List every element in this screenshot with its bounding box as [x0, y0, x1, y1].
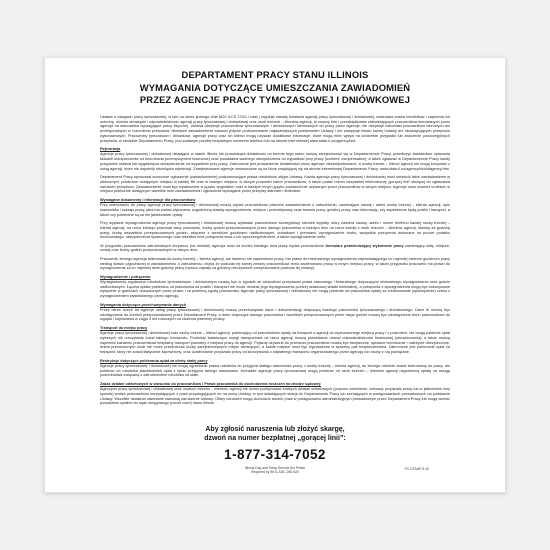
- poster-body: Ustawa o usługach pracy tymczasowej, w t…: [100, 115, 450, 406]
- poster-footer: Illinois Day and Temp Service Act Polish…: [45, 466, 505, 474]
- hotline-text-line-1: Aby zgłosić naruszenia lub złożyć skargę…: [45, 426, 505, 435]
- section-paragraph: Przy skierowaniu do pracy agencje pracy …: [100, 203, 450, 217]
- section-paragraph: Przy wypłacie wynagrodzenia agencje prac…: [100, 221, 450, 240]
- section-paragraph: Przez okres trzech lat agencje usług pra…: [100, 308, 450, 322]
- title-line-3: PRZEZ AGENCJE PRACY TYMCZASOWEJ I DNIÓWK…: [100, 94, 450, 107]
- title-line-1: DEPARTAMENT PRACY STANU ILLINOIS: [100, 69, 450, 82]
- section-heading: Restrykcje dotyczące pobierania opłat za…: [100, 359, 450, 364]
- section-heading: Transport do miejsc pracy: [100, 326, 450, 331]
- section-heading: Wynagrodzenie i potrącenia: [100, 275, 450, 280]
- footer-regulation: Required by 56 IL ADC 260.620: [45, 470, 505, 474]
- section-transportation: Transport do miejsc pracy Agencje pracy …: [100, 326, 450, 355]
- poster-title: DEPARTAMENT PRACY STANU ILLINOIS WYMAGAN…: [100, 69, 450, 107]
- section-required-documents: Wymagane dokumenty i informacje dla prac…: [100, 198, 450, 271]
- section-paragraph: Agencjom pracy tymczasowej i dniówkowej …: [100, 387, 450, 406]
- section-heading: Wymagane dokumenty i informacje dla prac…: [100, 198, 450, 203]
- section-heading: Rejestracja: [100, 147, 450, 152]
- section-paragraph: Agencje pracy tymczasowej i dniówkowej d…: [100, 152, 450, 171]
- poster-page: DEPARTAMENT PRACY STANU ILLINOIS WYMAGAN…: [44, 57, 506, 493]
- section-record-keeping: Wymagania dotyczące przechowywania danyc…: [100, 303, 450, 323]
- section-registration: Rejestracja Agencje pracy tymczasowej i …: [100, 147, 450, 171]
- section-paragraph: Agencje pracy tymczasowej i dniówkowej o…: [100, 331, 450, 355]
- section-heading: Wymagania dotyczące przechowywania danyc…: [100, 303, 450, 308]
- section-fee-restrictions: Restrykcje dotyczące pobierania opłat za…: [100, 359, 450, 379]
- intro-paragraph: Ustawa o usługach pracy tymczasowej, w t…: [100, 115, 450, 144]
- form-note-bold: formularz potwierdzający wykonanie pracy: [325, 244, 403, 248]
- section-heading: Zakaz działań odwetowych w stosunku do p…: [100, 382, 450, 387]
- section-posting-notice: Departament Pracy opracował wzorcowe ogł…: [100, 175, 450, 194]
- section-paragraph: Departament Pracy opracował wzorcowe ogł…: [100, 175, 450, 194]
- hotline-text-line-2: dzwoń na numer bezpłatnej „gorącej linii…: [45, 435, 505, 444]
- section-retaliation-prohibition: Zakaz działań odwetowych w stosunku do p…: [100, 382, 450, 406]
- hotline-phone-number: 1-877-314-7052: [45, 447, 505, 462]
- hotline-block: Aby zgłosić naruszenia lub złożyć skargę…: [45, 426, 505, 475]
- form-code: FIL DTAAP 5-10: [405, 467, 429, 471]
- work-verification-paragraph: W przypadku pracowników zatrudnianych do…: [100, 244, 450, 254]
- section-wages-deductions: Wynagrodzenie i potrącenia Wynagrodzenia…: [100, 275, 450, 299]
- title-line-2: WYMAGANIA DOTYCZĄCE UMIESZCZANIA ZAWIADO…: [100, 82, 450, 95]
- section-paragraph: Pracownik, którego agencja skierowała do…: [100, 257, 450, 271]
- section-paragraph: Wynagrodzenia wypłacane robotnikom tymcz…: [100, 280, 450, 299]
- poster-content: DEPARTAMENT PRACY STANU ILLINOIS WYMAGAN…: [100, 69, 450, 410]
- section-paragraph: Agencje pracy tymczasowej i dniówkowej n…: [100, 364, 450, 378]
- page-background: DEPARTAMENT PRACY STANU ILLINOIS WYMAGAN…: [0, 0, 550, 550]
- form-note-before: W przypadku pracowników zatrudnianych do…: [100, 244, 325, 248]
